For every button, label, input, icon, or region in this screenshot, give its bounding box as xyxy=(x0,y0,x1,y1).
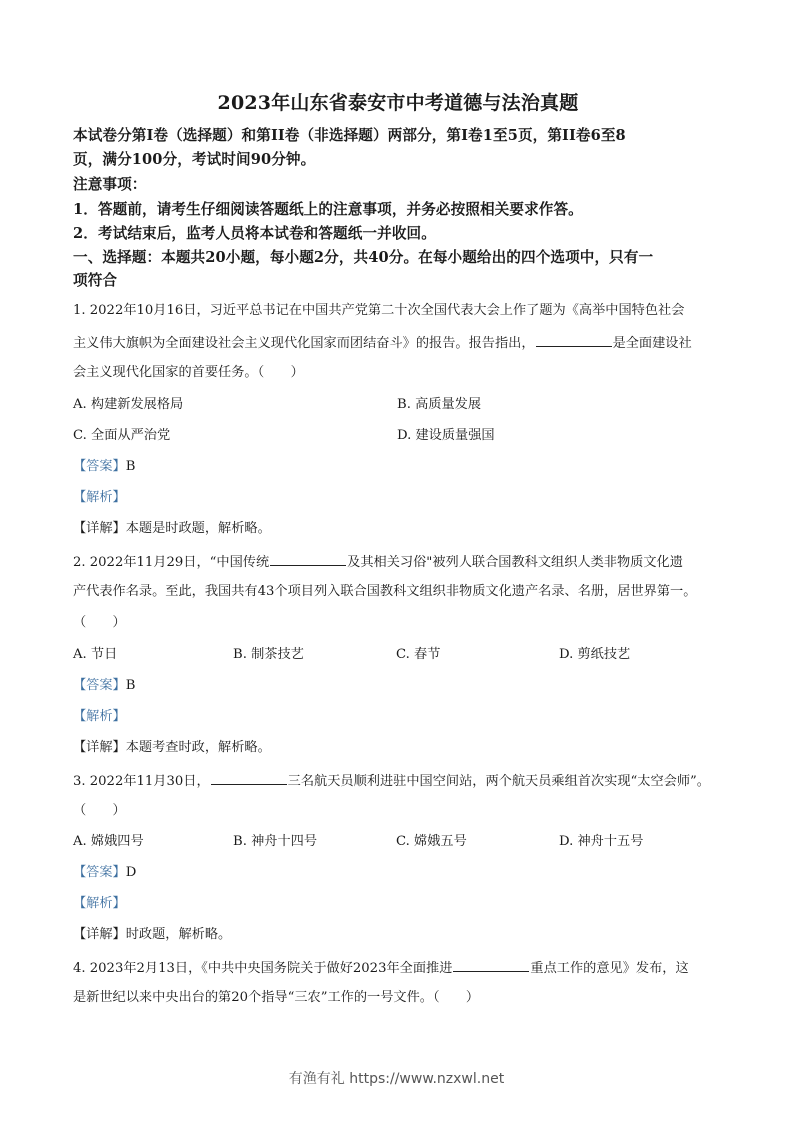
question-1-line-2-before: 主义伟大旗帜为全面建设社会主义现代化国家而团结奋斗》的报告。报告指出， xyxy=(73,336,535,351)
question-4-line-1: 4. 2023年2月13日，《中共中央国务院关于做好2023年全面推进重点工作的… xyxy=(73,957,689,979)
question-2-option-c: C. 春节 xyxy=(396,645,440,665)
question-1-answer: 【答案】B xyxy=(73,457,135,477)
question-3-line-2: （ ） xyxy=(73,801,126,821)
question-1-option-c: C. 全面从严治党 xyxy=(73,426,170,446)
question-3-line-1: 3. 2022年11月30日，三名航天员顺利进驻中国空间站，两个航天员乘组首次实… xyxy=(73,770,710,792)
question-3-line-1-after: 三名航天员顺利进驻中国空间站，两个航天员乘组首次实现“太空会师”。 xyxy=(288,774,710,789)
fill-blank xyxy=(270,551,346,566)
answer-value: D xyxy=(126,865,137,880)
question-2-line-1-before: 2. 2022年11月29日，“中国传统 xyxy=(73,555,269,570)
question-1-option-d: D. 建设质量强国 xyxy=(397,426,495,446)
notes-heading: 注意事项： xyxy=(73,173,146,197)
section-heading-line-1: 一、选择题：本题共20小题，每小题2分，共40分。在每小题给出的四个选项中，只有… xyxy=(73,246,653,270)
question-2-detail: 【详解】本题考查时政，解析略。 xyxy=(73,738,271,758)
question-3-option-d: D. 神舟十五号 xyxy=(559,832,643,852)
question-2-line-1-after: 及其相关习俗"被列人联合国教科文组织人类非物质文化遗 xyxy=(347,555,683,570)
question-3-analysis: 【解析】 xyxy=(73,894,126,914)
footer-watermark: 有渔有礼 https://www.nzxwl.net xyxy=(0,1069,793,1089)
question-2-option-b: B. 制茶技艺 xyxy=(233,645,304,665)
question-3-option-b: B. 神舟十四号 xyxy=(233,832,317,852)
answer-tag: 【答案】 xyxy=(73,678,126,693)
fill-blank xyxy=(211,770,287,785)
detail-tag: 【详解】 xyxy=(73,927,126,942)
answer-value: B xyxy=(126,678,136,693)
question-4-line-2: 是新世纪以来中央出台的第20个指导“三农”工作的一号文件。（ ） xyxy=(73,988,479,1008)
intro-line-2: 页，满分100分，考试时间90分钟。 xyxy=(73,148,315,172)
question-1-analysis: 【解析】 xyxy=(73,488,126,508)
question-4-line-1-before: 4. 2023年2月13日，《中共中央国务院关于做好2023年全面推进 xyxy=(73,961,452,976)
section-heading-line-2: 项符合 xyxy=(73,269,117,293)
question-3-detail: 【详解】时政题，解析略。 xyxy=(73,925,231,945)
answer-tag: 【答案】 xyxy=(73,865,126,880)
answer-tag: 【答案】 xyxy=(73,459,126,474)
question-3-option-a: A. 嫦娥四号 xyxy=(73,832,144,852)
question-3-line-1-before: 3. 2022年11月30日， xyxy=(73,774,210,789)
question-3-option-c: C. 嫦娥五号 xyxy=(396,832,467,852)
note-1: 1．答题前，请考生仔细阅读答题纸上的注意事项，并务必按照相关要求作答。 xyxy=(73,198,583,222)
detail-text: 本题是时政题，解析略。 xyxy=(126,521,271,536)
fill-blank xyxy=(453,957,529,972)
question-2-answer: 【答案】B xyxy=(73,676,135,696)
question-2-line-2: 产代表作名录。至此，我国共有43个项目列入联合国教科文组织非物质文化遗产名录、名… xyxy=(73,582,696,602)
question-1-line-2-after: 是全面建设社 xyxy=(613,336,692,351)
analysis-tag: 【解析】 xyxy=(73,709,126,724)
detail-text: 本题考查时政，解析略。 xyxy=(126,740,271,755)
analysis-tag: 【解析】 xyxy=(73,490,126,505)
question-1-line-1: 1. 2022年10月16日，习近平总书记在中国共产党第二十次全国代表大会上作了… xyxy=(73,301,684,321)
detail-text: 时政题，解析略。 xyxy=(126,927,232,942)
detail-tag: 【详解】 xyxy=(73,521,126,536)
analysis-tag: 【解析】 xyxy=(73,896,126,911)
question-1-option-b: B. 高质量发展 xyxy=(397,395,481,415)
question-1-line-3: 会主义现代化国家的首要任务。（ ） xyxy=(73,363,304,383)
question-2-line-3: （ ） xyxy=(73,613,126,633)
question-1-detail: 【详解】本题是时政题，解析略。 xyxy=(73,519,271,539)
question-2-option-a: A. 节日 xyxy=(73,645,117,665)
fill-blank xyxy=(536,332,612,347)
answer-value: B xyxy=(126,459,136,474)
question-1-option-a: A. 构建新发展格局 xyxy=(73,395,183,415)
question-2-option-d: D. 剪纸技艺 xyxy=(559,645,630,665)
question-2-analysis: 【解析】 xyxy=(73,707,126,727)
question-3-answer: 【答案】D xyxy=(73,863,136,883)
note-2: 2．考试结束后，监考人员将本试卷和答题纸一并收回。 xyxy=(73,222,436,246)
detail-tag: 【详解】 xyxy=(73,740,126,755)
question-2-line-1: 2. 2022年11月29日，“中国传统及其相关习俗"被列人联合国教科文组织人类… xyxy=(73,551,683,573)
page-title: 2023年山东省泰安市中考道德与法治真题 xyxy=(73,91,723,115)
intro-line-1: 本试卷分第Ⅰ卷（选择题）和第II卷（非选择题）两部分，第I卷1至5页，第II卷6… xyxy=(73,124,626,148)
question-4-line-1-after: 重点工作的意见》发布，这 xyxy=(530,961,688,976)
question-1-line-2: 主义伟大旗帜为全面建设社会主义现代化国家而团结奋斗》的报告。报告指出，是全面建设… xyxy=(73,332,692,354)
